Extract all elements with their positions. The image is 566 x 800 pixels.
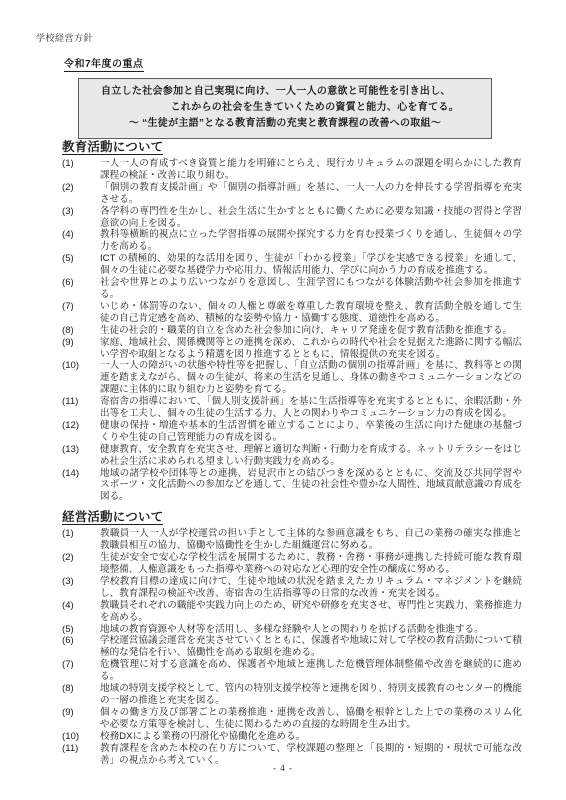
list-item: (9)個々の働き方及び部署ごとの業務推進・連携を改善し、協働を根幹とした上での業… [0, 707, 566, 731]
motto-box: 自立した社会参加と自己実現に向け、一人一人の意欲と可能性を引き出し、 これからの… [78, 78, 492, 139]
motto-line-1: 自立した社会参加と自己実現に向け、一人一人の意欲と可能性を引き出し、 [89, 84, 481, 100]
item-text: 健康教育、安全教育を充実させ、理解と適切な判断・行動力を育成する。ネットリテラシ… [100, 444, 522, 468]
list-item: (5)地域の教育資源や人材等を活用し、多様な経験や人との関わりを拡げる活動を推進… [0, 624, 566, 636]
item-text: いじめ・体罰等のない、個々の人権と尊厳を尊重した教育環境を整え、教育活動全般を通… [100, 301, 522, 325]
item-text: 一人一人の障がいの状態や特性等を把握し、「自立活動の個別の指導計画」を基に、教科… [100, 360, 522, 396]
list-item: (12)健康の保持・増進や基本的生活習慣を確立することにより、卒業後の生活に向け… [0, 420, 566, 444]
item-number: (12) [62, 420, 100, 444]
list-item: (3)学校教育目標の達成に向けて、生徒や地域の状況を踏まえたカリキュラム・マネジ… [0, 576, 566, 600]
item-text: 危機管理に対する意識を高め、保護者や地域と連携した危機管理体制整備や改善を継続的… [100, 659, 522, 683]
item-number: (5) [62, 253, 100, 277]
list-item: (9)家庭、地域社会、関係機関等との連携を深め、これからの時代や社会を見据えた進… [0, 337, 566, 361]
doc-header-label: 学校経営方針 [36, 31, 93, 44]
list-item: (5)ICT の積極的、効果的な活用を図り、生徒が「わかる授業」「学びを実感でき… [0, 253, 566, 277]
item-number: (8) [62, 325, 100, 337]
item-number: (10) [62, 731, 100, 743]
list-item: (11)寄宿舎の指導において、「個人別支援計画」を基に生活指導等を充実するととも… [0, 396, 566, 420]
list-item: (2)生徒が安全で安心な学校生活を展開するために、教務・舎務・事務が連携した持続… [0, 552, 566, 576]
document-page: 学校経営方針 令和7年度の重点 自立した社会参加と自己実現に向け、一人一人の意欲… [0, 0, 566, 800]
item-text: 地域の諸学校や団体等との連携、岩見沢市との結びつきを深めるとともに、交流及び共同… [100, 468, 522, 504]
page-title: 令和7年度の重点 [64, 55, 144, 72]
item-text: 生徒の社会的・職業的自立を含めた社会参加に向け、キャリア発達を促す教育活動を推進… [100, 325, 522, 337]
section-management-activities: 経営活動について (1)教職員一人一人が学校運営の担い手として主体的な参画意識を… [0, 510, 566, 766]
item-text: 地域の教育資源や人材等を活用し、多様な経験や人との関わりを拡げる活動を推進する。 [100, 624, 522, 636]
item-number: (1) [62, 158, 100, 182]
item-number: (6) [62, 635, 100, 659]
section-heading-management: 経営活動について [62, 510, 163, 525]
item-number: (9) [62, 707, 100, 731]
item-number: (2) [62, 182, 100, 206]
item-text: 一人一人の育成すべき資質と能力を明確にとらえ、現行カリキュラムの課題を明らかにし… [100, 158, 522, 182]
item-text: 学校運営協議会運営を充実させていくとともに、保護者や地域に対して学校の教育活動に… [100, 635, 522, 659]
list-item: (8)生徒の社会的・職業的自立を含めた社会参加に向け、キャリア発達を促す教育活動… [0, 325, 566, 337]
item-text: 社会や世界とのより広いつながりを意図し、生涯学習にもつながる体験活動や社会参加を… [100, 277, 522, 301]
list-item: (2)「個別の教育支援計画」や「個別の指導計画」を基に、一人一人の力を伸長する学… [0, 182, 566, 206]
item-text: 校務DXによる業務の円滑化や協働化を進める。 [100, 731, 522, 743]
list-item: (14)地域の諸学校や団体等との連携、岩見沢市との結びつきを深めるとともに、交流… [0, 468, 566, 504]
item-number: (13) [62, 444, 100, 468]
section-education-activities: 教育活動について (1)一人一人の育成すべき資質と能力を明確にとらえ、現行カリキ… [0, 140, 566, 503]
education-items-list: (1)一人一人の育成すべき資質と能力を明確にとらえ、現行カリキュラムの課題を明ら… [0, 158, 566, 503]
list-item: (7)いじめ・体罰等のない、個々の人権と尊厳を尊重した教育環境を整え、教育活動全… [0, 301, 566, 325]
motto-line-2: これからの社会を生きていくための資質と能力、心を育てる。 [89, 100, 481, 116]
list-item: (1)一人一人の育成すべき資質と能力を明確にとらえ、現行カリキュラムの課題を明ら… [0, 158, 566, 182]
item-number: (14) [62, 468, 100, 504]
item-number: (2) [62, 552, 100, 576]
item-number: (1) [62, 528, 100, 552]
page-number: - 4 - [0, 763, 566, 773]
item-text: 家庭、地域社会、関係機関等との連携を深め、これからの時代や社会を見据えた進路に関… [100, 337, 522, 361]
item-number: (10) [62, 360, 100, 396]
list-item: (10)一人一人の障がいの状態や特性等を把握し、「自立活動の個別の指導計画」を基… [0, 360, 566, 396]
list-item: (8)地域の特別支援学校として、管内の特別支援学校等と連携を図り、特別支援教育の… [0, 683, 566, 707]
list-item: (4)教科等横断的視点に立った学習指導の展開や探究する力を育む授業づくりを通し、… [0, 229, 566, 253]
item-text: 個々の働き方及び部署ごとの業務推進・連携を改善し、協働を根幹とした上での業務のス… [100, 707, 522, 731]
list-item: (4)教職員それぞれの職能や実践力向上のため、研究や研修を充実させ、専門性と実践… [0, 600, 566, 624]
item-number: (5) [62, 624, 100, 636]
item-text: ICT の積極的、効果的な活用を図り、生徒が「わかる授業」「学びを実感できる授業… [100, 253, 522, 277]
list-item: (10)校務DXによる業務の円滑化や協働化を進める。 [0, 731, 566, 743]
item-number: (4) [62, 229, 100, 253]
item-number: (4) [62, 600, 100, 624]
item-text: 教職員一人一人が学校運営の担い手として主体的な参画意識をもち、自己の業務の確実な… [100, 528, 522, 552]
management-items-list: (1)教職員一人一人が学校運営の担い手として主体的な参画意識をもち、自己の業務の… [0, 528, 566, 766]
item-text: 教科等横断的視点に立った学習指導の展開や探究する力を育む授業づくりを通し、生徒個… [100, 229, 522, 253]
item-text: 「個別の教育支援計画」や「個別の指導計画」を基に、一人一人の力を伸長する学習指導… [100, 182, 522, 206]
item-text: 生徒が安全で安心な学校生活を展開するために、教務・舎務・事務が連携した持続可能な… [100, 552, 522, 576]
list-item: (6)社会や世界とのより広いつながりを意図し、生涯学習にもつながる体験活動や社会… [0, 277, 566, 301]
item-number: (3) [62, 576, 100, 600]
list-item: (13)健康教育、安全教育を充実させ、理解と適切な判断・行動力を育成する。ネット… [0, 444, 566, 468]
item-text: 地域の特別支援学校として、管内の特別支援学校等と連携を図り、特別支援教育のセンタ… [100, 683, 522, 707]
item-text: 教職員それぞれの職能や実践力向上のため、研究や研修を充実させ、専門性と実践力、業… [100, 600, 522, 624]
item-text: 各学科の専門性を生かし、社会生活に生かすとともに働くために必要な知識・技能の習得… [100, 206, 522, 230]
motto-line-3: ～ “生徒が主語”となる教育活動の充実と教育課程の改善への取組～ [89, 116, 481, 132]
list-item: (3)各学科の専門性を生かし、社会生活に生かすとともに働くために必要な知識・技能… [0, 206, 566, 230]
list-item: (7)危機管理に対する意識を高め、保護者や地域と連携した危機管理体制整備や改善を… [0, 659, 566, 683]
item-number: (6) [62, 277, 100, 301]
item-number: (7) [62, 301, 100, 325]
item-text: 健康の保持・増進や基本的生活習慣を確立することにより、卒業後の生活に向けた健康の… [100, 420, 522, 444]
item-number: (9) [62, 337, 100, 361]
item-number: (8) [62, 683, 100, 707]
sections-container: 教育活動について (1)一人一人の育成すべき資質と能力を明確にとらえ、現行カリキ… [0, 140, 566, 766]
item-text: 寄宿舎の指導において、「個人別支援計画」を基に生活指導等を充実するとともに、余暇… [100, 396, 522, 420]
section-heading-education: 教育活動について [62, 140, 163, 155]
item-number: (11) [62, 396, 100, 420]
list-item: (1)教職員一人一人が学校運営の担い手として主体的な参画意識をもち、自己の業務の… [0, 528, 566, 552]
list-item: (6)学校運営協議会運営を充実させていくとともに、保護者や地域に対して学校の教育… [0, 635, 566, 659]
item-text: 学校教育目標の達成に向けて、生徒や地域の状況を踏まえたカリキュラム・マネジメント… [100, 576, 522, 600]
item-number: (3) [62, 206, 100, 230]
item-number: (7) [62, 659, 100, 683]
